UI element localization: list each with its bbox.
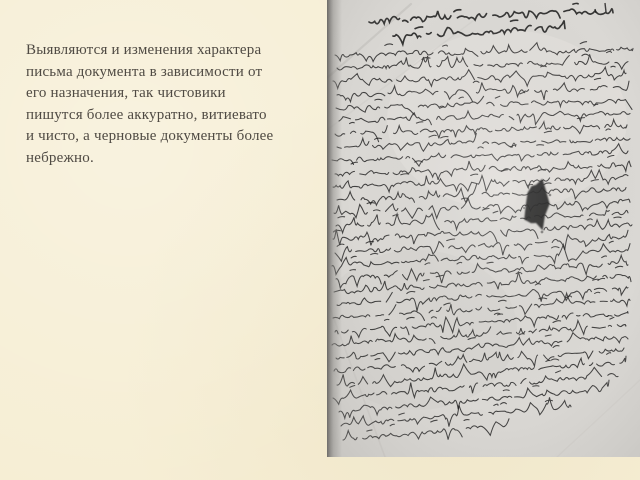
manuscript-svg [327,0,640,457]
paragraph-line: небрежно. [26,148,322,170]
manuscript-photo [327,0,640,457]
paragraph-line: его назначения, так чистовики [26,83,322,105]
slide-body-text: Выявляются и изменения характера письма … [26,40,322,169]
photo-vignette [327,0,640,457]
presentation-slide: Выявляются и изменения характера письма … [0,0,640,480]
paragraph-line: Выявляются и изменения характера [26,40,322,62]
paragraph-line: пишутся более аккуратно, витиевато [26,105,322,127]
paragraph-line: письма документа в зависимости от [26,62,322,84]
paragraph-line: и чисто, а черновые документы более [26,126,322,148]
